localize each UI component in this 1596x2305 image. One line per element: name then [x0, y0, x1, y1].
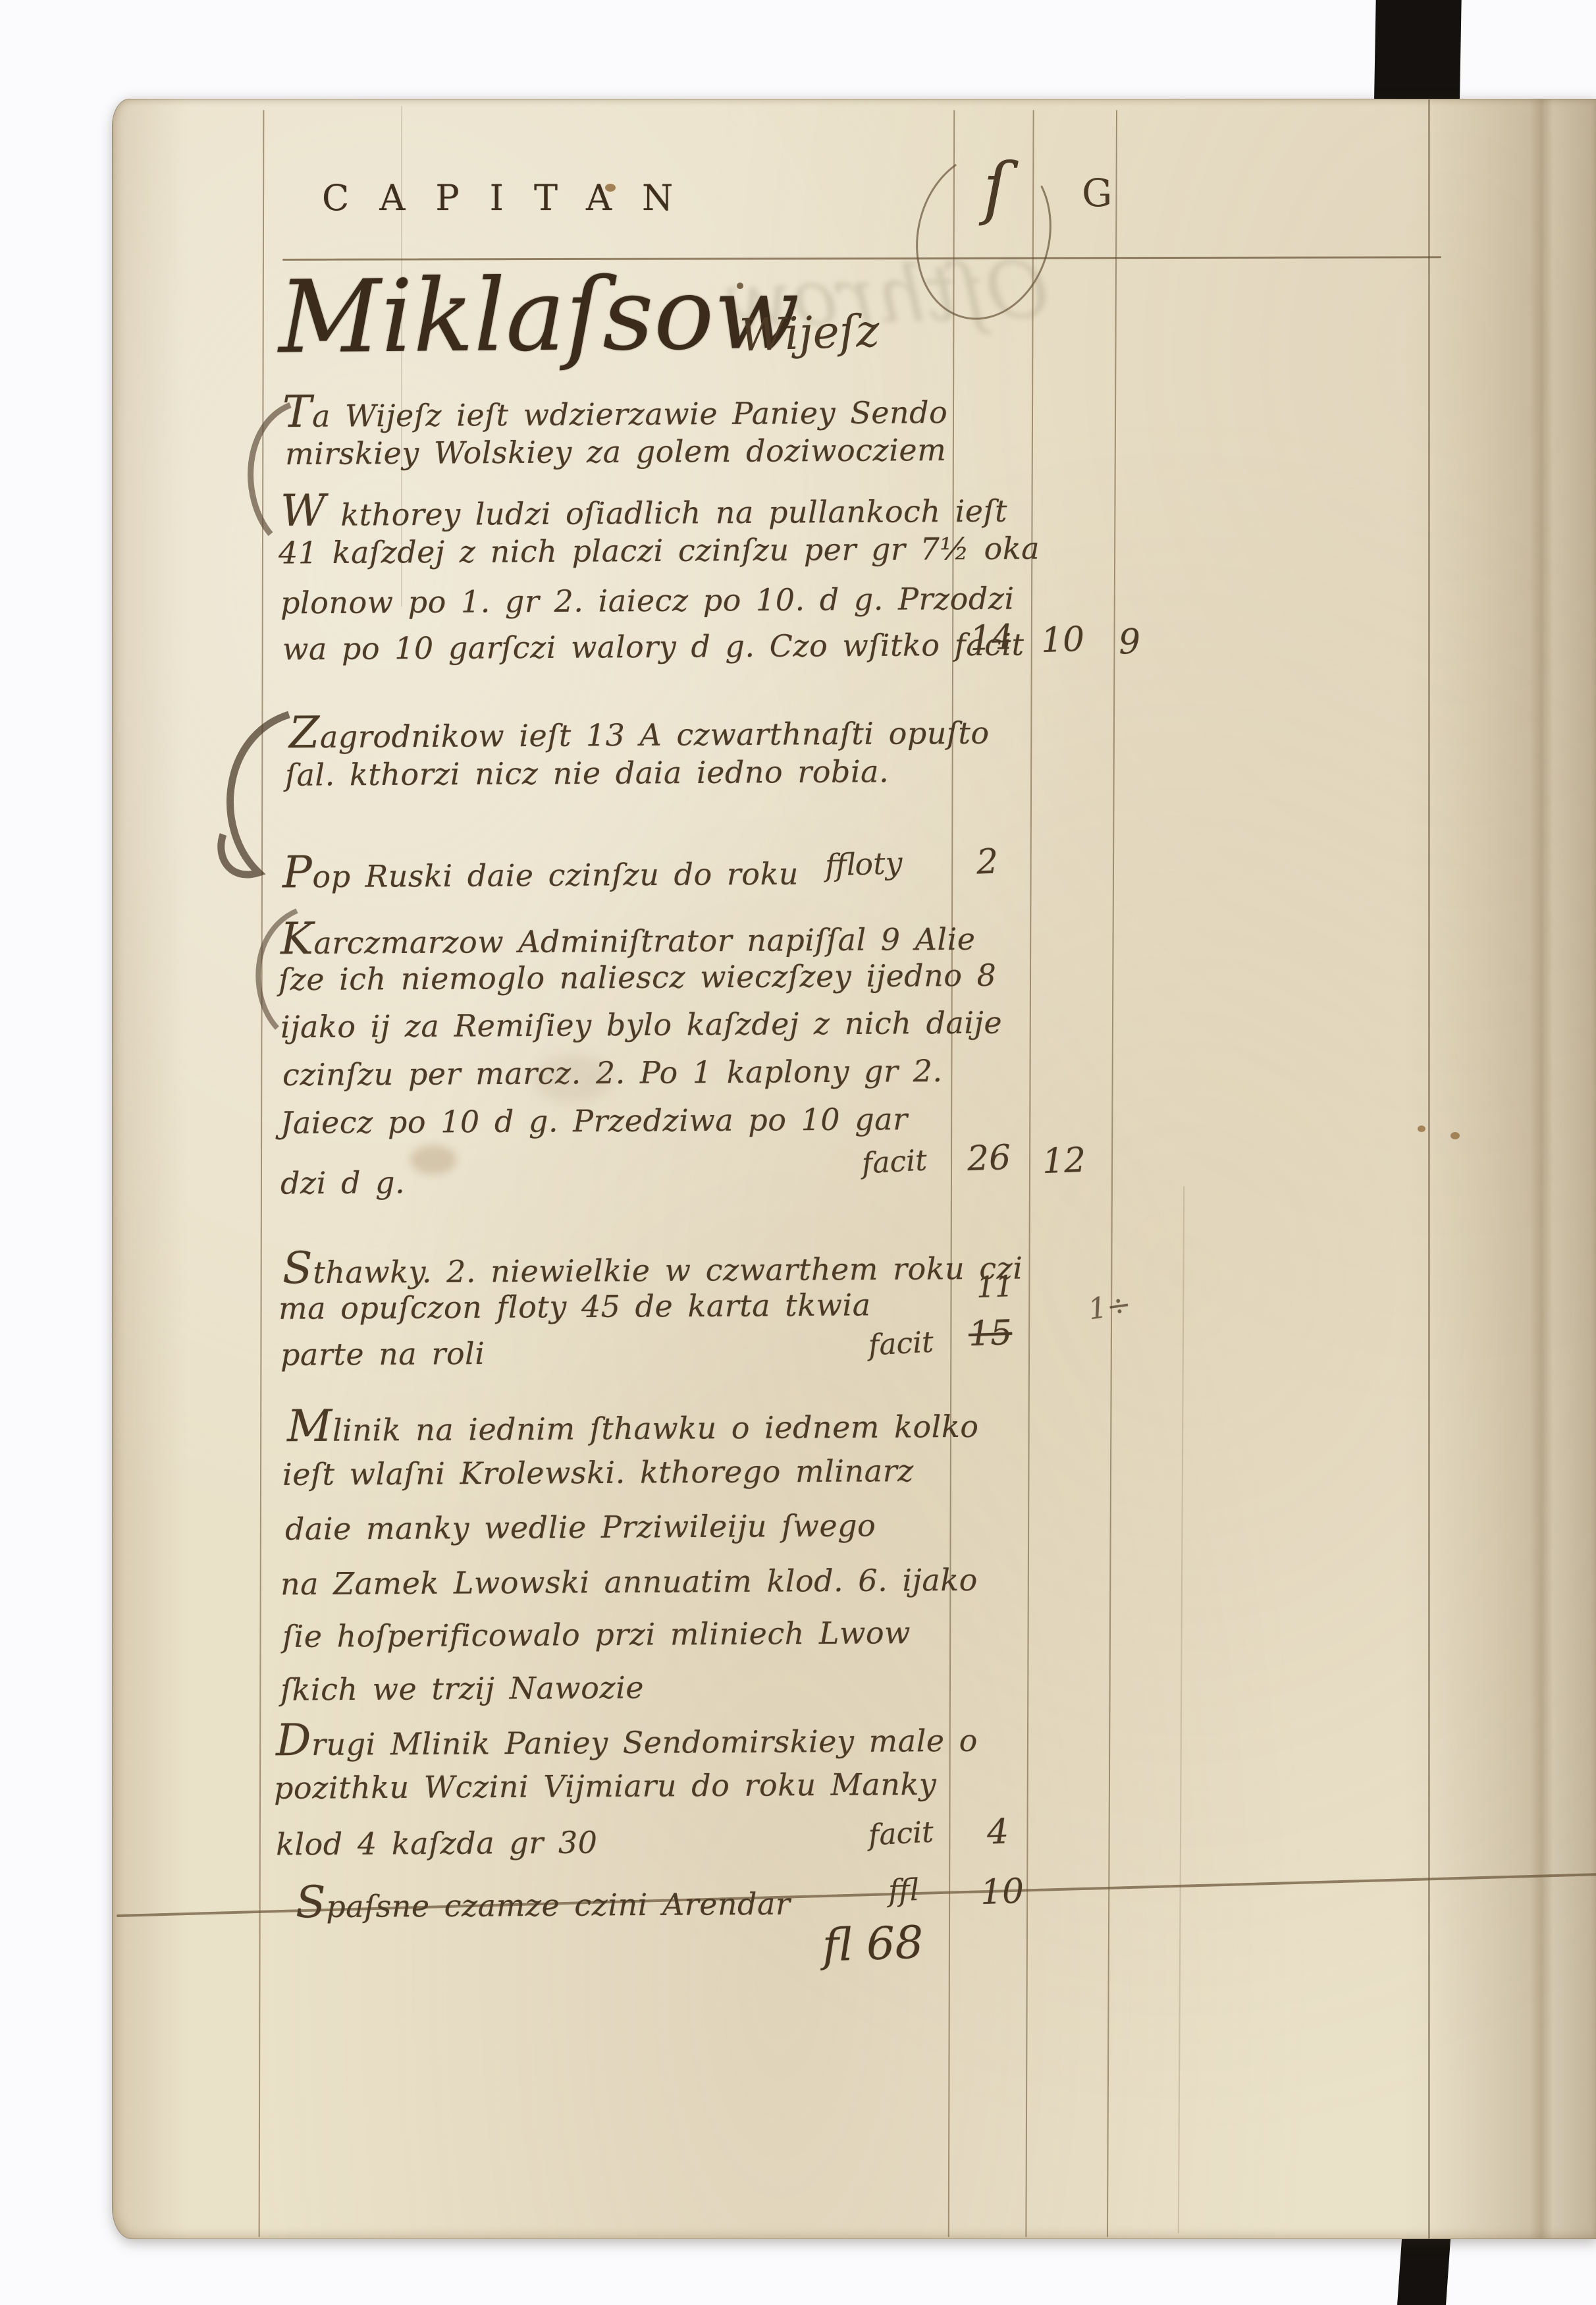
manuscript-line: mirskiey Wolskiey za golem doziwocziem — [285, 435, 947, 469]
facit-label: facit — [861, 1146, 928, 1178]
page-gutter-shading — [1429, 99, 1596, 2238]
manuscript-line: ijako ij za Remiſiey bylo kaſzdej z nich… — [280, 1008, 1002, 1043]
manuscript-line: W kthorey ludzi oſiadlich na pullankoch … — [280, 485, 1007, 533]
manuscript-line: Ta Wijeſz ieſt wdzierzawie Paniey Sendo — [282, 386, 948, 434]
manuscript-line: plonow po 1. gr 2. iaiecz po 10. d g. Pr… — [280, 583, 1015, 618]
money-column-rule-1 — [948, 110, 955, 2237]
manuscript-line: Karczmarzow Adminiſtrator napiſſal 9 Ali… — [280, 913, 976, 961]
paper-stain — [1450, 1132, 1460, 1139]
manuscript-line: dzi d g. — [280, 1167, 405, 1198]
manuscript-line: Zagrodnikow ieſt 13 A czwarthnaſti opuſt… — [289, 707, 990, 755]
manuscript-line: Pop Ruski daie czinſzu do roku — [282, 848, 799, 894]
florins-value: 2 — [976, 844, 999, 879]
gutter-crease — [1428, 99, 1430, 2238]
manuscript-line: Jaiecz po 10 d g. Przedziwa po 10 gar — [280, 1104, 908, 1138]
money-column-rule-3 — [1107, 110, 1117, 2237]
manuscript-line: ſal. kthorzi nicz nie daia iedno robia. — [285, 756, 889, 790]
money-column-rule-2 — [1025, 110, 1034, 2237]
margin-correction-mark: 1÷ — [1086, 1290, 1132, 1325]
manuscript-line: Spaſsne czamze czini Arendar — [296, 1878, 791, 1924]
village-title-suffix: Wijeſz — [739, 309, 880, 358]
paper-stain — [605, 184, 616, 192]
manuscript-line: Sthawky. 2. niewielkie w czwarthem roku … — [282, 1242, 1023, 1291]
manuscript-line: na Zamek Lwowski annuatim klod. 6. ijako — [280, 1565, 978, 1599]
manuscript-line: Drugi Mlinik Paniey Sendomirskiey male o — [276, 1714, 978, 1762]
manuscript-line: czinſzu per marcz. 2. Po 1 kaplony gr 2. — [282, 1056, 943, 1090]
florins-value: 4 — [986, 1814, 1009, 1849]
total-currency-label: fl — [822, 1919, 853, 1972]
florins-value: 14 — [969, 620, 1014, 656]
manuscript-line: ma opuſczon floty 45 de karta tkwia — [279, 1289, 871, 1323]
florins-value: 10 — [980, 1874, 1024, 1910]
denar-value: 9 — [1118, 624, 1141, 659]
money-column-rule-4 — [1178, 1186, 1184, 2233]
florins-corrected-value: 11 — [976, 1272, 1014, 1303]
groschen-column-label: G — [1082, 171, 1112, 215]
currency-unit-label: ffloty — [824, 848, 903, 881]
paper-stain — [737, 283, 743, 289]
manuscript-line: klod 4 kaſzda gr 30 — [276, 1828, 598, 1860]
manuscript-line: 41 kaſzdej z nich placzi czinſzu per gr … — [279, 533, 1040, 568]
manuscript-line: ſze ich niemoglo naliescz wieczſzey ijed… — [279, 960, 997, 995]
paper-stain — [1418, 1125, 1425, 1132]
facit-label: facit — [868, 1818, 934, 1850]
manuscript-line: ſie hoſperificowalo przi mliniech Lwow — [282, 1617, 911, 1652]
manuscript-line: Mlinik na iednim ſthawku o iednem kolko — [287, 1400, 979, 1448]
manuscript-line: daie manky wedlie Prziwileiju ſwego — [285, 1510, 876, 1544]
manuscript-line: wa po 10 garſczi walory d g. Czo wſitko … — [282, 630, 1024, 664]
florins-struck-value: 15 — [968, 1316, 1013, 1351]
groschen-value: 12 — [1042, 1143, 1086, 1179]
scanned-manuscript-page: CAPITAN ſ G Oſthrow Miklaſsow Wijeſz Ta … — [0, 0, 1596, 2305]
chapter-heading: CAPITAN — [322, 177, 703, 219]
manuscript-line: parte na roli — [280, 1338, 485, 1370]
manuscript-line: ieſt wlaſni Krolewski. kthorego mlinarz — [282, 1455, 914, 1490]
village-title: Miklaſsow — [278, 263, 800, 368]
paper-stain — [410, 1145, 456, 1174]
manuscript-line: pozithku Wczini Vijmiaru do roku Manky — [274, 1769, 936, 1803]
currency-unit-label: ffl — [888, 1874, 918, 1906]
manuscript-line: ſkich we trzij Nawozie — [280, 1672, 644, 1704]
page-total: fl 68 — [822, 1920, 924, 1968]
florins-value: 26 — [967, 1141, 1011, 1176]
groschen-value: 10 — [1040, 622, 1085, 658]
florin-column-symbol: ſ — [983, 153, 1009, 222]
facit-label: facit — [868, 1328, 934, 1360]
total-value: 68 — [866, 1916, 924, 1970]
paper-stain — [534, 1056, 613, 1102]
parchment-page: CAPITAN ſ G Oſthrow Miklaſsow Wijeſz Ta … — [112, 99, 1596, 2239]
